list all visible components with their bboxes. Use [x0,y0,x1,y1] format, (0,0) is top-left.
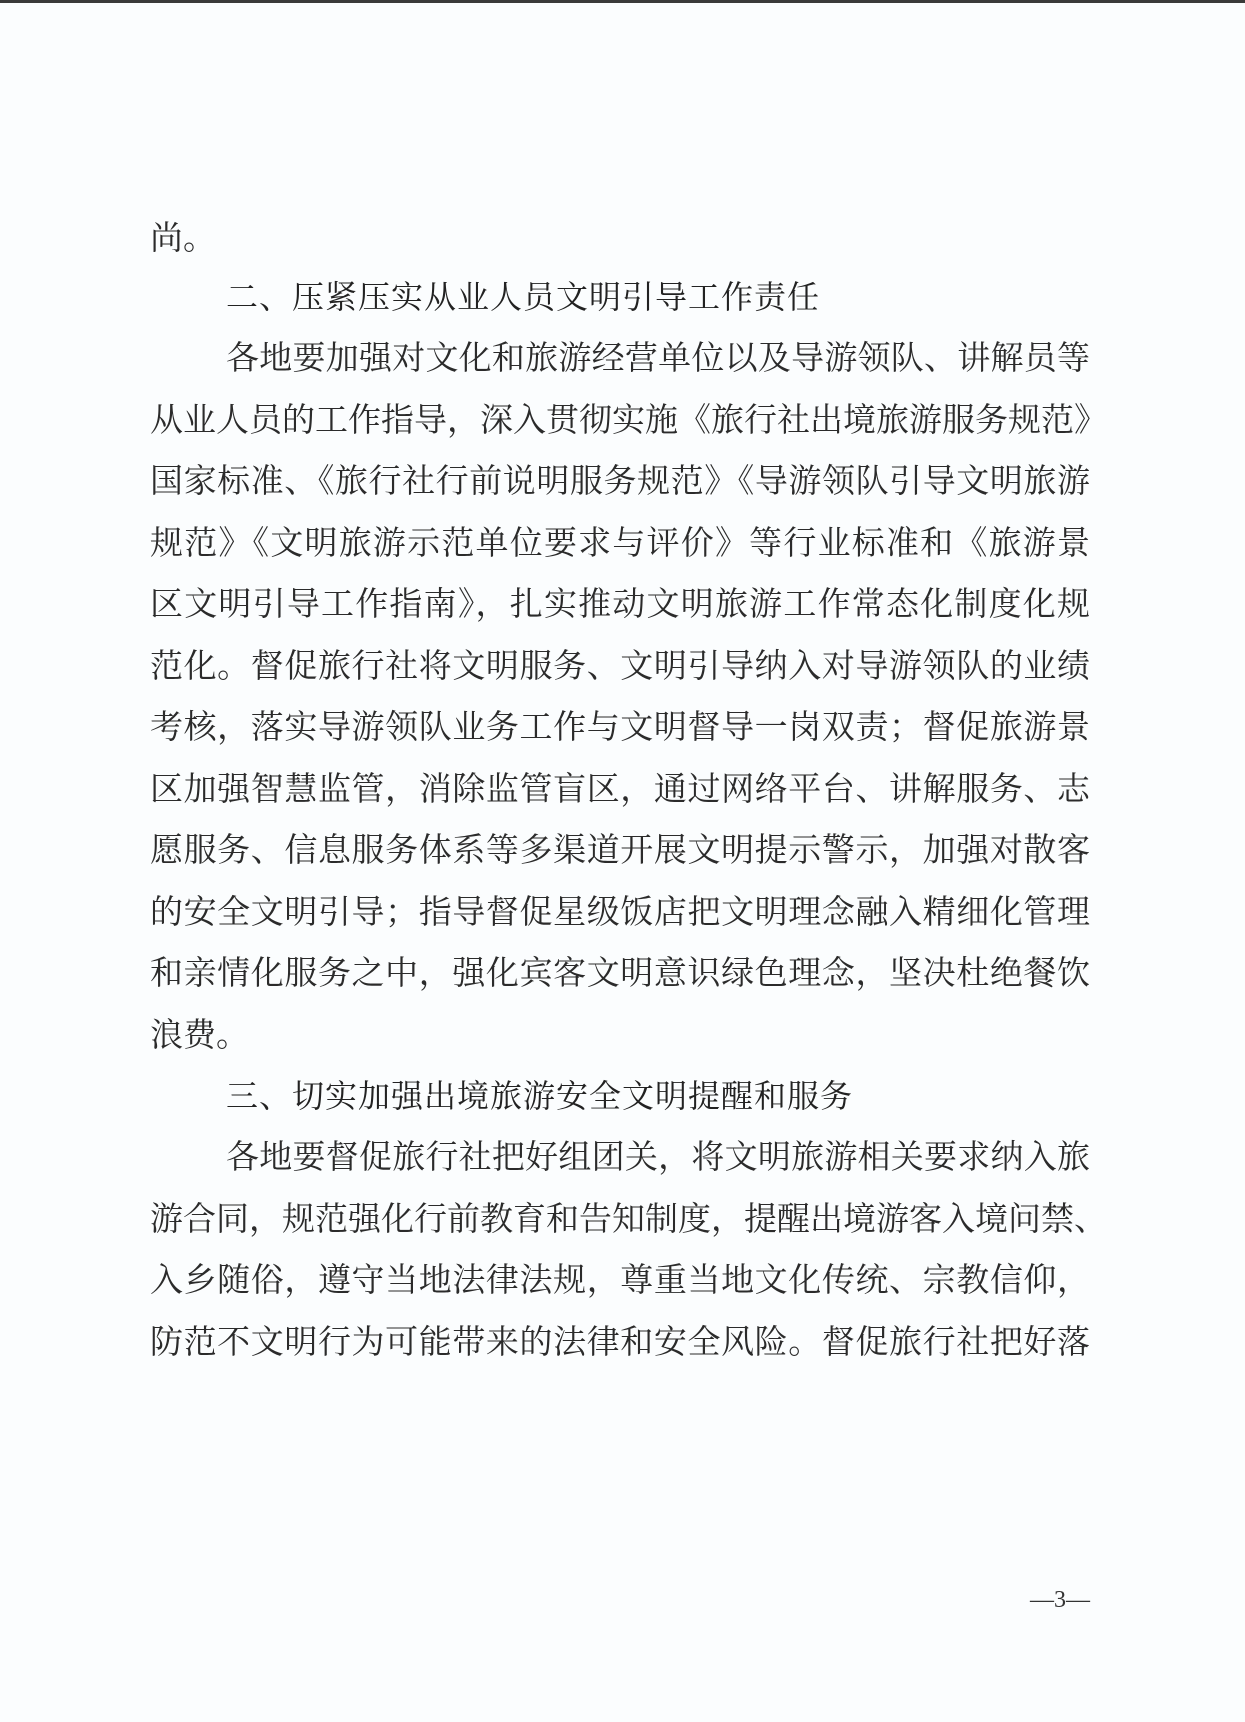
paragraph-line: 入乡随俗，遵守当地法律法规，尊重当地文化传统、宗教信仰， [150,1260,1090,1300]
paragraph-line: 各地要督促旅行社把好组团关，将文明旅游相关要求纳入旅 [226,1137,1090,1177]
section-heading-2: 二、压紧压实从业人员文明引导工作责任 [226,277,820,317]
paragraph-line: 防范不文明行为可能带来的法律和安全风险。督促旅行社把好落 [150,1322,1090,1362]
paragraph-line: 范化。督促旅行社将文明服务、文明引导纳入对导游领队的业绩 [150,646,1090,686]
paragraph-line: 国家标准、《旅行社行前说明服务规范》《导游领队引导文明旅游 [150,461,1090,501]
paragraph-line: 的安全文明引导；指导督促星级饭店把文明理念融入精细化管理 [150,892,1090,932]
paragraph-line: 从业人员的工作指导，深入贯彻实施《旅行社出境旅游服务规范》 [150,400,1090,440]
paragraph-line: 游合同，规范强化行前教育和告知制度，提醒出境游客入境问禁、 [150,1199,1090,1239]
paragraph-line: 规范》《文明旅游示范单位要求与评价》等行业标准和《旅游景 [150,523,1090,563]
document-page: 尚。 二、压紧压实从业人员文明引导工作责任 各地要加强对文化和旅游经营单位以及导… [0,0,1245,1722]
paragraph-line: 区文明引导工作指南》，扎实推动文明旅游工作常态化制度化规 [150,584,1090,624]
paragraph-line: 和亲情化服务之中，强化宾客文明意识绿色理念，坚决杜绝餐饮 [150,953,1090,993]
section-heading-3: 三、切实加强出境旅游安全文明提醒和服务 [226,1076,853,1116]
paragraph-line: 愿服务、信息服务体系等多渠道开展文明提示警示，加强对散客 [150,830,1090,870]
page-number: —3— [1030,1587,1090,1614]
paragraph-line: 区加强智慧监管，消除监管盲区，通过网络平台、讲解服务、志 [150,769,1090,809]
paragraph-line: 各地要加强对文化和旅游经营单位以及导游领队、讲解员等 [226,338,1090,378]
paragraph-line: 考核，落实导游领队业务工作与文明督导一岗双责；督促旅游景 [150,707,1090,747]
paragraph-line: 尚。 [150,218,1090,258]
paragraph-line: 浪费。 [150,1015,1090,1055]
